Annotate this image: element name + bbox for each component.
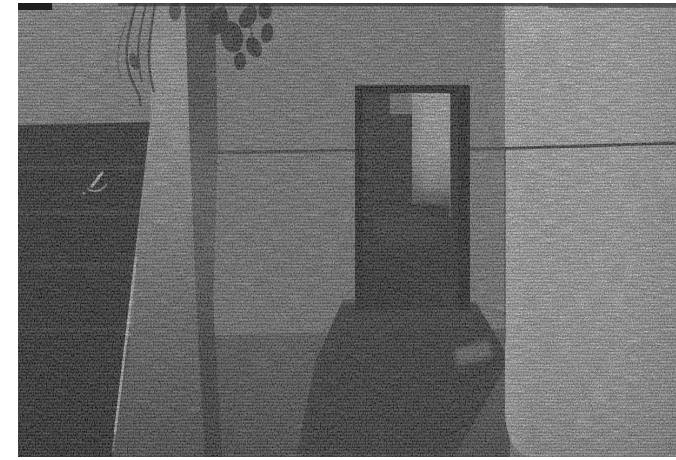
scanline-overlay	[18, 3, 676, 457]
screenshot-root	[0, 0, 676, 460]
photo-top-edge-line	[548, 6, 676, 8]
scan-artifact-mark	[18, 3, 52, 10]
room-photo	[18, 3, 676, 457]
